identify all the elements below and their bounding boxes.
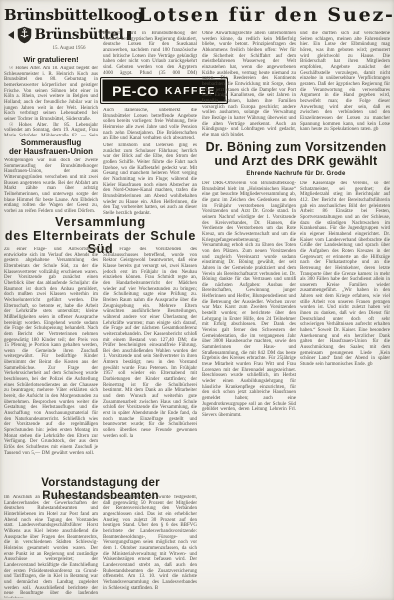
vorstandstagung-paragraph: Im Anschluß an die Großkundgebung des La…	[4, 495, 98, 598]
vorstandstagung-column-2: nicht abgeschlossen. Es wurde festgestel…	[103, 495, 197, 598]
gratulieren-paragraph: ☉ Hohes Alter. Am 18. August begeht der …	[4, 66, 98, 123]
lotsen-article-column-2-below-ad: Auch italienische, unbemerkt die Brunsbü…	[103, 108, 197, 141]
elternbeirat-column-1: Zu einer Frage- und Antwortstunde entwic…	[4, 247, 98, 472]
lotsen-paragraph: Ernsthaft wird in Brunsbüttelkoog der Ve…	[103, 31, 197, 76]
masthead-title: Brünsbüttelkoog	[4, 7, 134, 23]
coat-of-arms-icon	[17, 26, 32, 44]
drk-article-heading: Dr. Böning zum Vorsitzenden und Arzt des…	[202, 140, 390, 178]
sommerausflug-column-1: Wohlgelungen war nun doch der zweite Som…	[4, 158, 98, 215]
gratulieren-body: ☉ Hohes Alter. Am 18. August begeht der …	[4, 66, 98, 136]
gratulieren-paragraph: ☉ Hohes Alter. Ihr 85. Lebensjahr vollen…	[4, 123, 98, 136]
sommerausflug-heading: Sommerausflug der Hausfrauen-Union	[4, 138, 98, 156]
drk-headline-line2: und Arzt des DRK gewählt	[202, 154, 390, 168]
newspaper-page: Brünsbüttelkoog Brünsbüttel 15. August 1…	[0, 0, 394, 600]
lotsen-paragraph: Auch italienische, unbemerkt die Brunsbü…	[103, 108, 197, 141]
lotsen-paragraph: Ohne Anwartungsrechte allein unternommen…	[202, 31, 296, 138]
drk-subtitle: Ehrende Nachrufe für Dr. Grode	[202, 170, 390, 178]
elternbeirat-column-2: Die Frage des Vorsitzenden des Schulauss…	[103, 247, 197, 472]
drk-headline-line1: Dr. Böning zum Vorsitzenden	[202, 140, 390, 154]
sommerausflug-paragraph: Über Elmshorn und Uetersen ging es zunäc…	[103, 143, 197, 215]
ornament-wedge-icon	[8, 31, 14, 39]
lotsen-paragraph: und die dürften sich auf verschiedene Se…	[300, 31, 390, 133]
drk-article-column-3: Der DRK-Ortsverein von Brunsbüttelkoog-B…	[202, 181, 296, 443]
elternbeirat-paragraph: Die Frage des Vorsitzenden des Schulauss…	[103, 247, 197, 439]
lotsen-article-column-4: und die dürften sich auf verschiedene Se…	[300, 31, 390, 138]
vorstandstagung-paragraph: nicht abgeschlossen. Es wurde festgestel…	[103, 495, 197, 591]
vorstandstagung-column-1: Im Anschluß an die Großkundgebung des La…	[4, 495, 98, 598]
drk-article-column-4: Die Kassenlage des Vereins, so der Schat…	[300, 181, 390, 443]
ad-brand-text: PE-CO	[112, 83, 159, 99]
drk-paragraph: Die Kassenlage des Vereins, so der Schat…	[300, 181, 390, 368]
elternbeirat-paragraph: Zu einer Frage- und Antwortstunde entwic…	[4, 247, 98, 456]
lotsen-article-column-2-top: Ernsthaft wird in Brunsbüttelkoog der Ve…	[103, 31, 197, 76]
sommerausflug-heading-line1: Sommerausflug	[4, 138, 98, 147]
gratulieren-heading: Wir gratulieren!	[4, 55, 98, 64]
elternbeirat-heading-line1: Versammlung	[4, 216, 197, 230]
sommerausflug-column-2: Über Elmshorn und Uetersen ging es zunäc…	[103, 143, 197, 215]
lotsen-article-headline: Lotsen für den Suez-Kanal?	[138, 4, 390, 27]
sommerausflug-heading-line2: der Hausfrauen-Union	[4, 147, 98, 156]
sommerausflug-paragraph: Wohlgelungen war nun doch der zweite Som…	[4, 158, 98, 215]
drk-paragraph: Der DRK-Ortsverein von Brunsbüttelkoog-B…	[202, 181, 296, 419]
lotsen-article-column-3: Ohne Anwartungsrechte allein unternommen…	[202, 31, 296, 138]
